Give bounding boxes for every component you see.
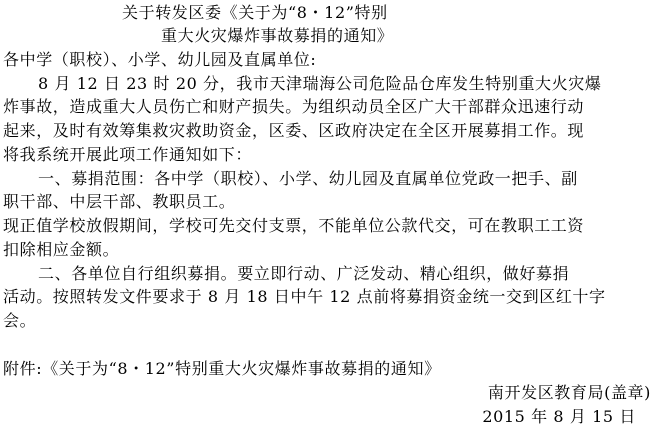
item1-line-2: 职干部、中层干部、教职员工。 [3, 192, 235, 212]
item2-line-2: 活动。按照转发文件要求于 8 月 18 日中午 12 点前将募捐资金统一交到区红… [3, 287, 606, 307]
item1-line-1: 一、募捐范围：各中学（职校）、小学、幼儿园及直属单位党政一把手、副 [38, 169, 578, 189]
note-line-1: 现正值学校放假期间，学校可先交付支票，不能单位公款代交，可在教职工工资 [3, 216, 584, 236]
paragraph1-line-2: 炸事故，造成重大人员伤亡和财产损失。为组织动员全区广大干部群众迅速行动 [3, 97, 584, 117]
salutation: 各中学（职校）、小学、幼儿园及直属单位: [3, 50, 316, 70]
signature: 南开发区教育局(盖章) [488, 383, 651, 403]
item2-line-1: 二、各单位自行组织募捐。要立即行动、广泛发动、精心组织，做好募捐 [38, 264, 569, 284]
notice-document: 关于转发区委《关于为“8・12”特别 重大火灾爆炸事故募捐的通知》 各中学（职校… [0, 0, 655, 432]
paragraph1-line-3: 起来，及时有效筹集救灾救助资金，区委、区政府决定在全区开展募捐工作。现 [3, 121, 584, 141]
paragraph1-line-4: 将我系统开展此项工作通知如下： [3, 145, 252, 165]
title-line-2: 重大火灾爆炸事故募捐的通知》 [161, 26, 393, 46]
title-line-1: 关于转发区委《关于为“8・12”特别 [122, 3, 388, 23]
note-line-2: 扣除相应金额。 [3, 240, 119, 260]
date: 2015 年 8 月 15 日 [482, 407, 636, 427]
paragraph1-line-1: 8 月 12 日 23 时 20 分，我市天津瑞海公司危险品仓库发生特别重大火灾… [38, 74, 601, 94]
item2-line-3: 会。 [3, 311, 36, 331]
attachment-line: 附件:《关于为“8・12”特别重大火灾爆炸事故募捐的通知》 [3, 359, 441, 379]
